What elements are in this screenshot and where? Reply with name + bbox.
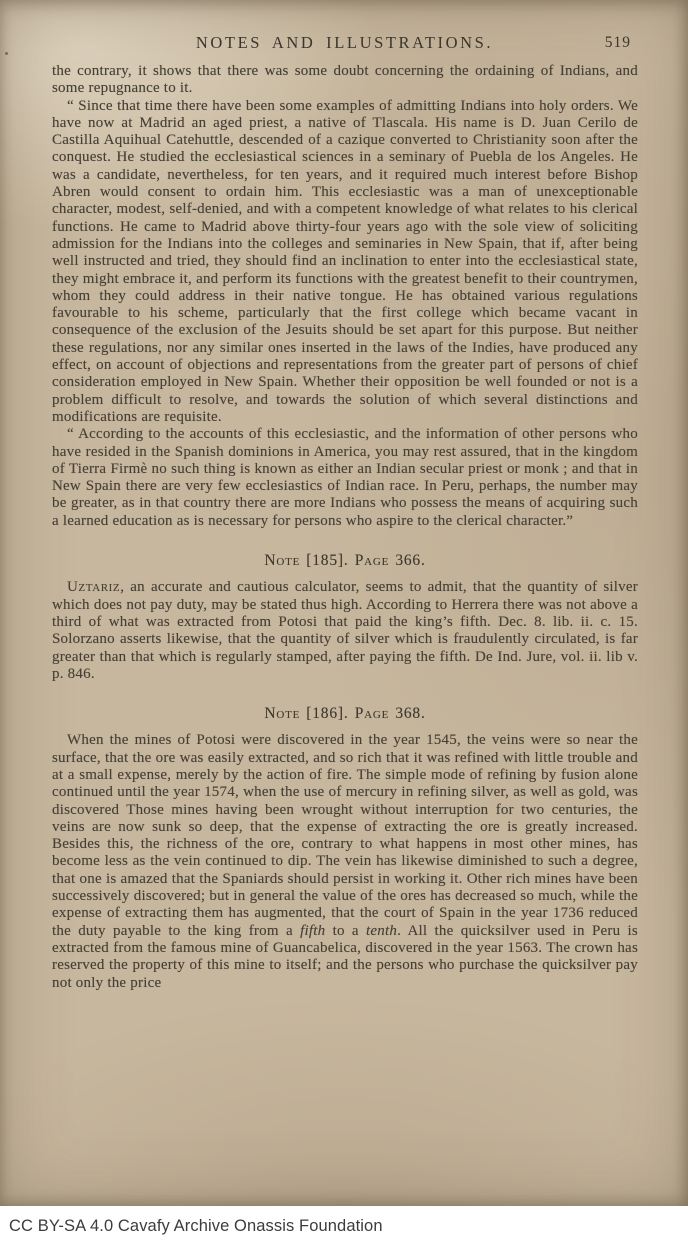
paragraph: the contrary, it shows that there was so…	[52, 63, 638, 98]
running-header: NOTES AND ILLUSTRATIONS. 519	[52, 33, 637, 53]
text-segment: , an accurate and cautious calculator, s…	[52, 579, 638, 681]
text-column: the contrary, it shows that there was so…	[52, 63, 638, 992]
text-segment: “ According to the accounts of this eccl…	[52, 426, 638, 528]
text-segment: Uztariz	[67, 579, 120, 595]
page-number: 519	[605, 34, 631, 52]
text-segment: “ Since that time there have been some e…	[52, 98, 638, 425]
text-segment: to a	[325, 923, 366, 939]
text-segment: the contrary, it shows that there was so…	[52, 63, 638, 96]
license-bar: CC BY-SA 4.0 Cavafy Archive Onassis Foun…	[0, 1206, 688, 1247]
page-title: NOTES AND ILLUSTRATIONS.	[52, 33, 637, 53]
note-heading: Note [186]. Page 368.	[52, 705, 638, 722]
text-segment: tenth	[366, 923, 397, 939]
paragraph: “ According to the accounts of this eccl…	[52, 426, 638, 530]
text-segment: When the mines of Potosi were discovered…	[52, 732, 638, 938]
paragraph: Uztariz, an accurate and cautious calcul…	[52, 579, 638, 683]
license-text: CC BY-SA 4.0 Cavafy Archive Onassis Foun…	[0, 1217, 383, 1236]
text-segment: fifth	[300, 923, 325, 939]
screenshot-root: NOTES AND ILLUSTRATIONS. 519 the contrar…	[0, 0, 688, 1247]
paper-speck	[5, 52, 8, 55]
paragraph: “ Since that time there have been some e…	[52, 98, 638, 427]
book-page-scan: NOTES AND ILLUSTRATIONS. 519 the contrar…	[0, 0, 688, 1206]
note-heading: Note [185]. Page 366.	[52, 552, 638, 569]
paragraph: When the mines of Potosi were discovered…	[52, 732, 638, 991]
